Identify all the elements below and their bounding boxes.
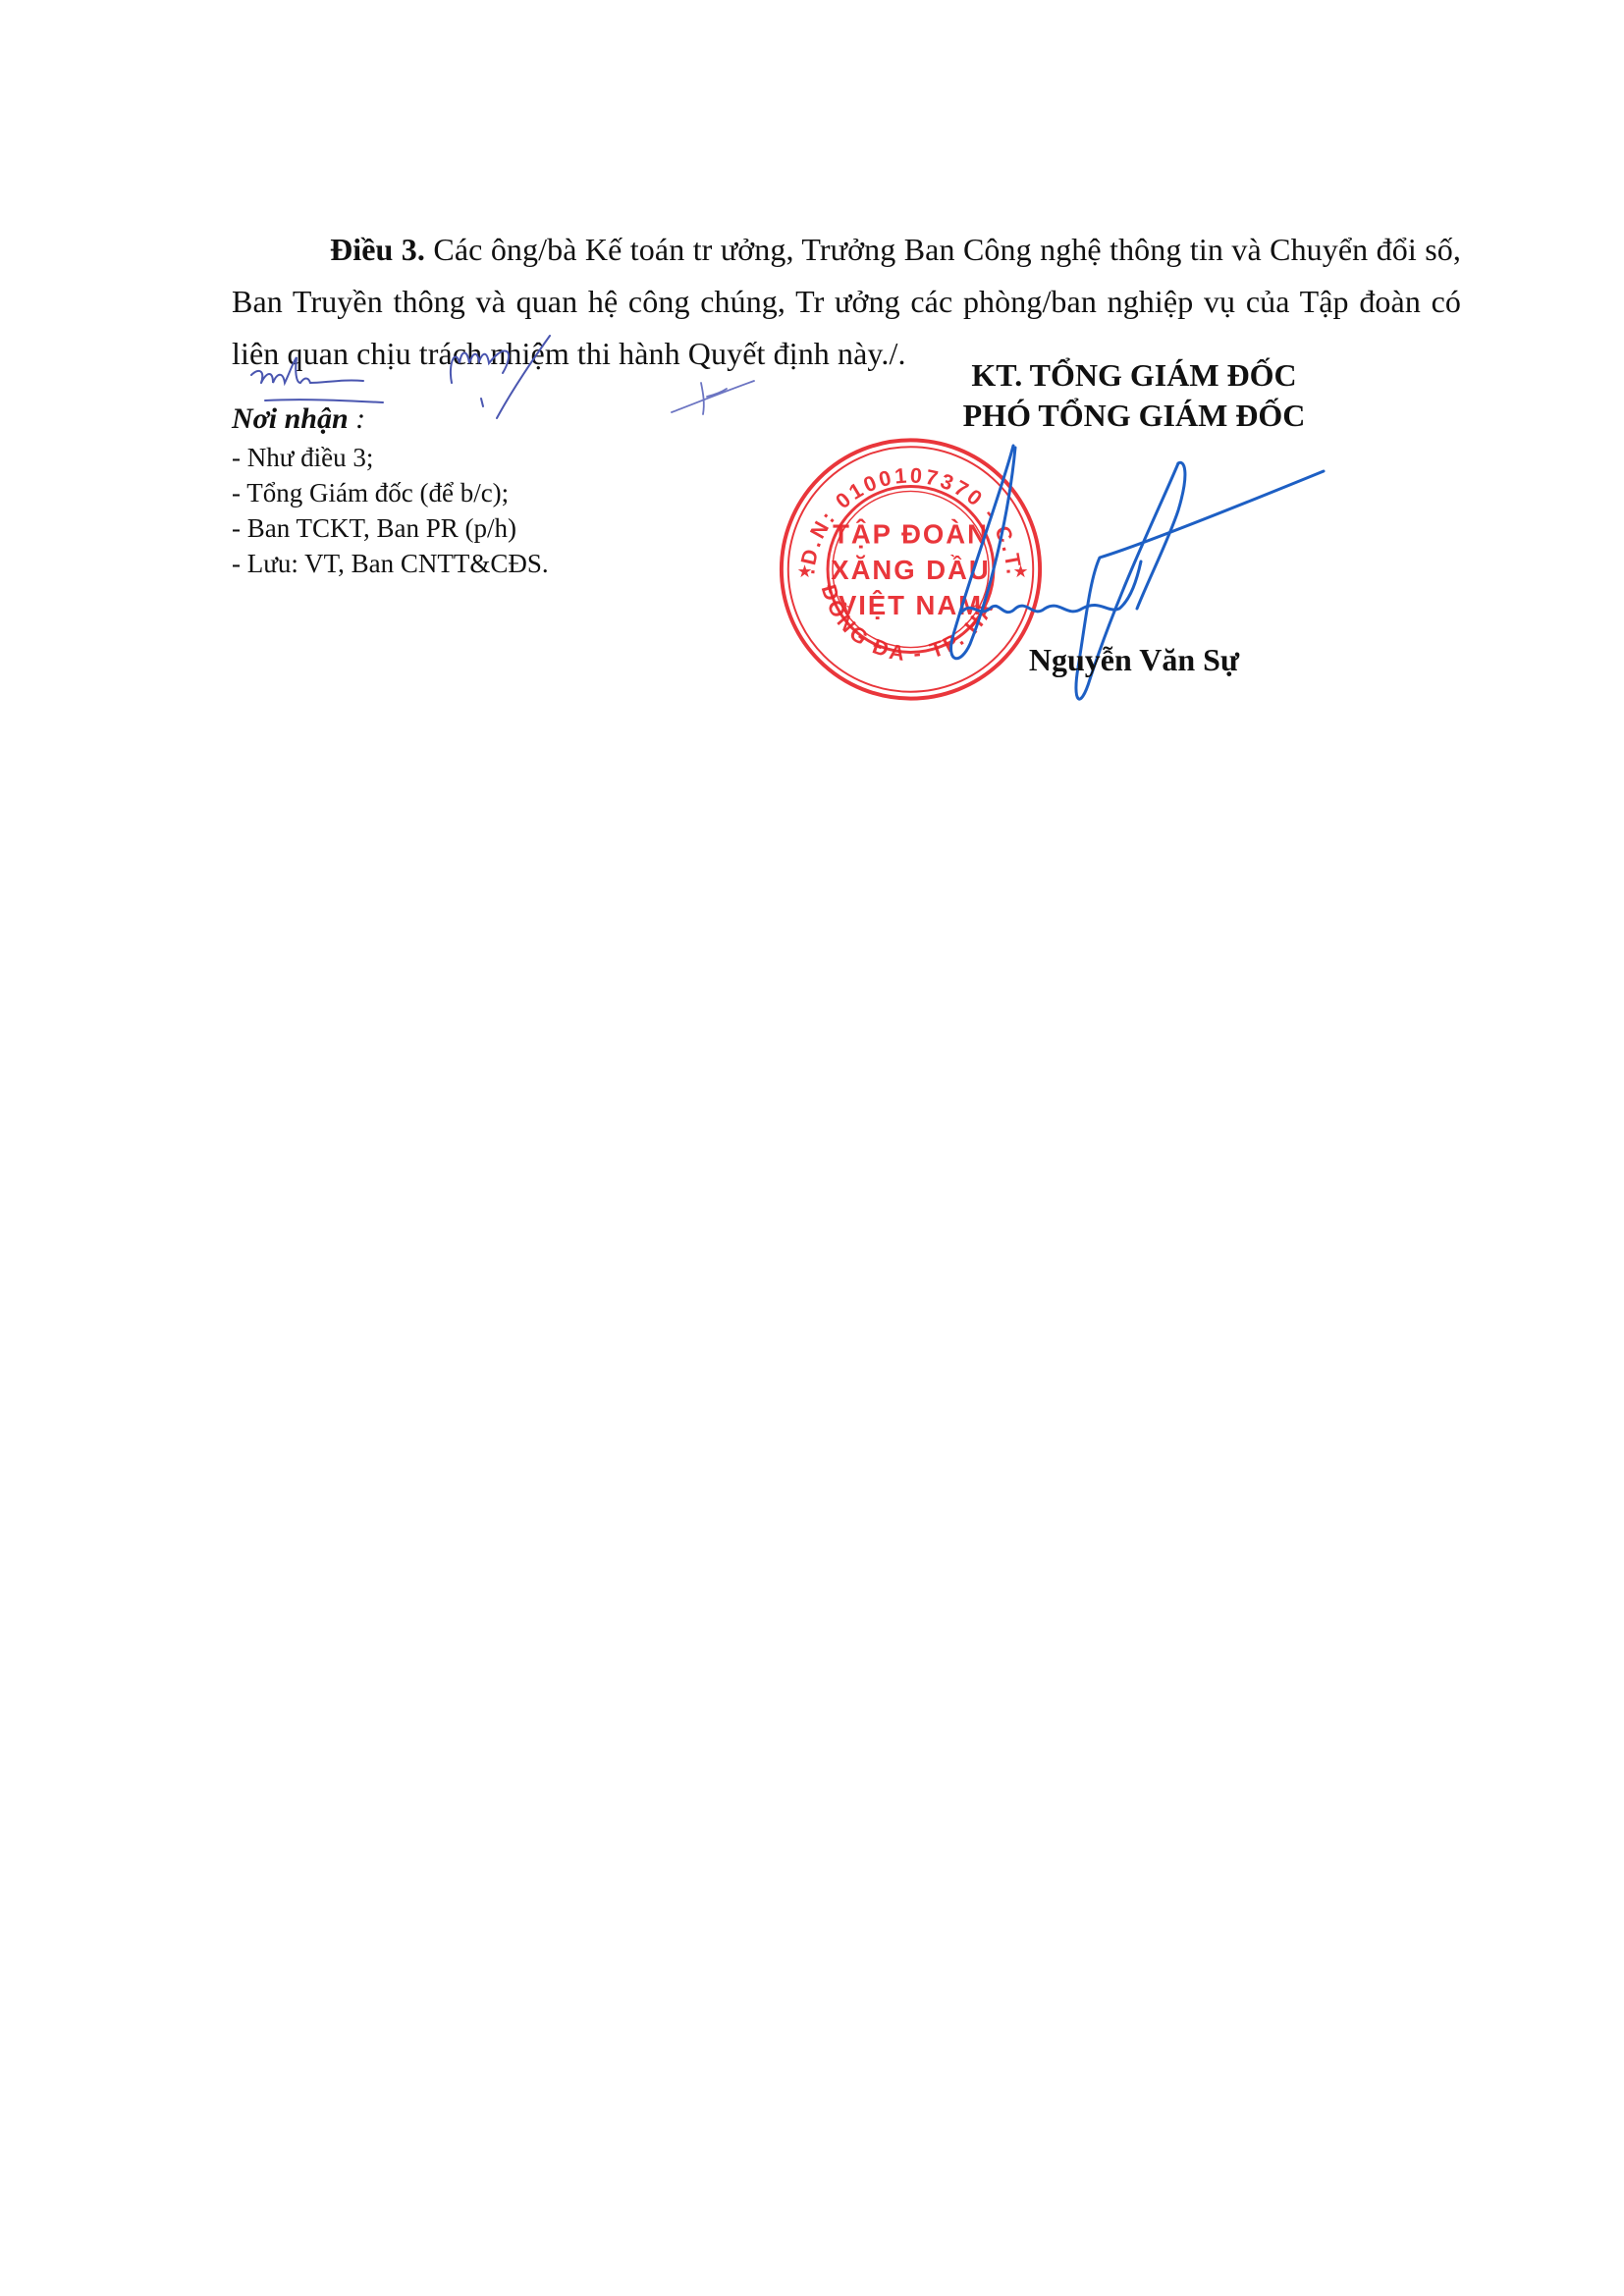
recipients-title-text: Nơi nhận — [232, 402, 349, 435]
svg-text:XĂNG DẦU: XĂNG DẦU — [831, 555, 990, 585]
recipients-list: - Như điều 3; - Tổng Giám đốc (để b/c); … — [232, 440, 742, 581]
recipient-item: - Ban TCKT, Ban PR (p/h) — [232, 510, 742, 546]
recipients-title-colon: : — [349, 402, 366, 435]
document-page: Điều 3. Các ông/bà Kế toán tr ưởng, Trưở… — [0, 0, 1624, 2296]
recipient-item: - Như điều 3; — [232, 440, 742, 475]
recipients-block: Nơi nhận : - Như điều 3; - Tổng Giám đốc… — [232, 400, 742, 581]
svg-text:★: ★ — [797, 561, 813, 581]
recipient-item: - Tổng Giám đốc (để b/c); — [232, 475, 742, 510]
svg-text:VIỆT NAM: VIỆT NAM — [839, 590, 983, 620]
article-label: Điều 3. — [330, 232, 425, 267]
signature-title-line-1: KT. TỔNG GIÁM ĐỐC — [884, 355, 1384, 396]
svg-text:TẬP ĐOÀN: TẬP ĐOÀN — [833, 518, 989, 549]
recipient-item: - Lưu: VT, Ban CNTT&CĐS. — [232, 546, 742, 581]
signer-name: Nguyễn Văn Sự — [1001, 640, 1267, 679]
svg-text:★: ★ — [1013, 561, 1029, 581]
signature-title-line-2: PHÓ TỔNG GIÁM ĐỐC — [884, 396, 1384, 436]
signature-block: KT. TỔNG GIÁM ĐỐC PHÓ TỔNG GIÁM ĐỐC — [884, 355, 1384, 436]
recipients-title: Nơi nhận : — [232, 400, 742, 438]
